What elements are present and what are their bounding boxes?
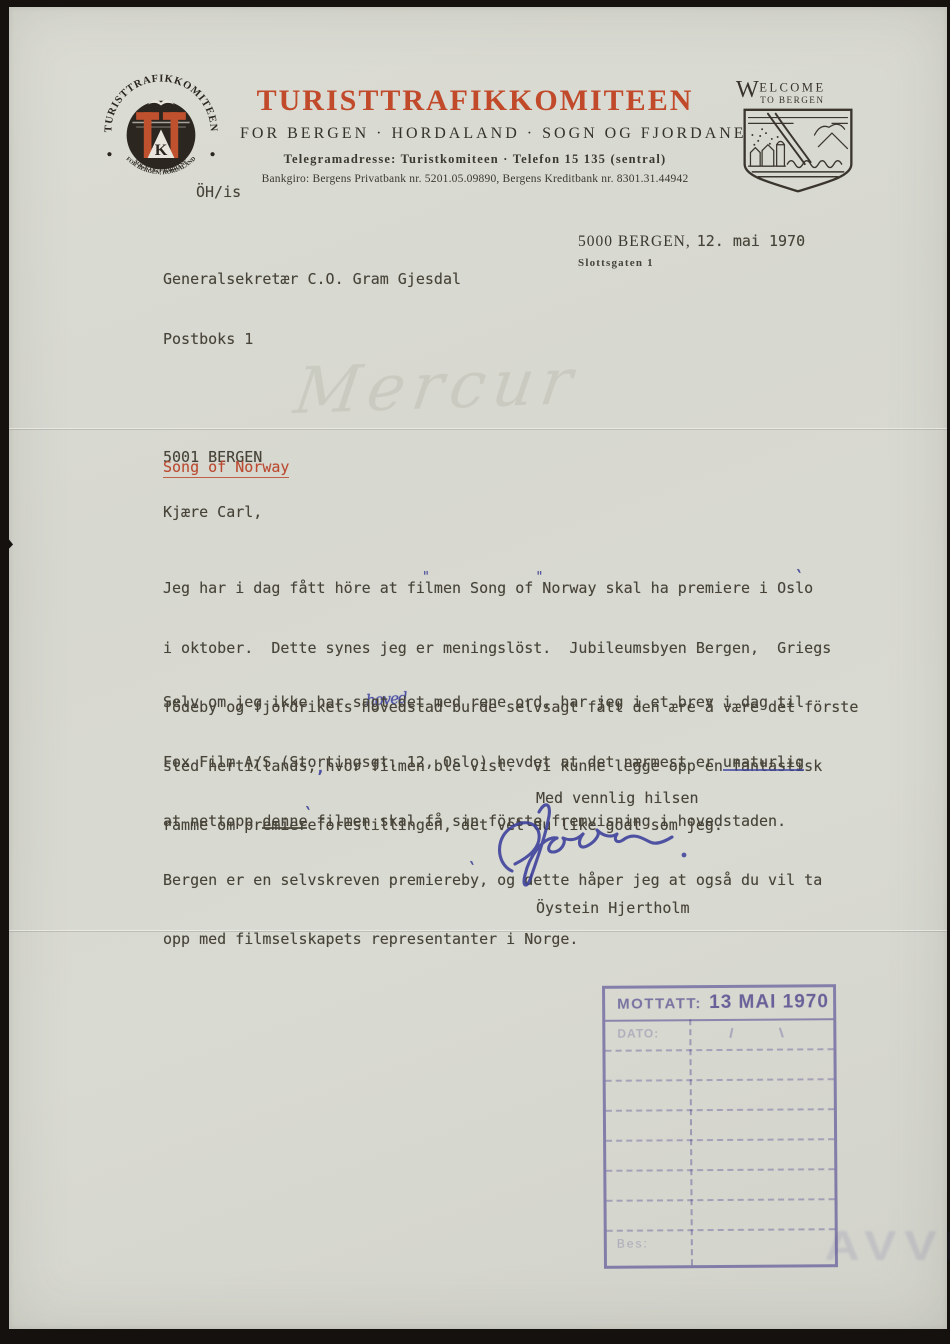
emblem-house [750, 148, 760, 166]
emblem-base-lines [752, 172, 843, 177]
dateline-date: 12. mai 1970 [697, 232, 805, 250]
recipient-name: Generalsekretær C.O. Gram Gjesdal [163, 270, 461, 290]
emblem-w: W [736, 76, 759, 103]
emblem-cloud [814, 124, 844, 135]
body-line: opp med filmselskapets representanter i … [163, 930, 578, 948]
welcome-to-bergen-emblem: W ELCOME TO BERGEN [733, 74, 863, 198]
letterhead-center: TURISTTRAFIKKOMITEEN FOR BERGEN · HORDAL… [240, 84, 710, 185]
emblem-mountain-slope [776, 114, 811, 163]
handwritten-signature [482, 793, 702, 895]
ink-accent-premiereby: ` [465, 864, 477, 876]
scanned-letter-page: { "colors": { "paper": "#d8d9d1", "scan_… [0, 0, 950, 1344]
ink-open-quote: " [422, 573, 430, 583]
body-line: Selv om jeg ikke har sagt det med rene o… [163, 693, 804, 711]
telegram-line: Telegramadresse: Turistkomiteen · Telefo… [240, 152, 710, 167]
bank-line: Bankgiro: Bergens Privatbank nr. 5201.05… [240, 173, 710, 185]
org-name: TURISTTRAFIKKOMITEEN [240, 84, 710, 118]
dateline-place: 5000 BERGEN, [578, 233, 691, 250]
logo-monogram: K [155, 141, 168, 159]
stamp-received-label: MOTTATT: [617, 995, 702, 1013]
typist-initials: ÖH/is [196, 183, 241, 203]
turisttrafikkomiteen-logo: K TURISTTRAFIKKOMITEEN FOR BERGEN, HORDA… [98, 74, 224, 200]
body-line: Fox Film A/S (Stortingsgt. 12, Oslo) hev… [163, 753, 804, 771]
stamp-bleed-through-text: AVVEN [825, 1222, 950, 1270]
org-region-line: FOR BERGEN · HORDALAND · SOGN OG FJORDAN… [240, 125, 710, 143]
emblem-ridge [818, 133, 847, 149]
emblem-waves [787, 161, 841, 168]
recipient-block: Generalsekretær C.O. Gram Gjesdal Postbo… [163, 231, 461, 487]
ink-dot [682, 853, 687, 858]
logo-horizon-line [132, 122, 189, 124]
ink-underline-unaturlig [723, 769, 804, 771]
stamp-bottom-label: Bes: [617, 1236, 649, 1250]
emblem-line2: TO BERGEN [760, 95, 824, 105]
dateline: 5000 BERGEN,12. mai 1970 [578, 231, 805, 251]
salutation: Kjære Carl, [163, 503, 262, 523]
dateline-street: Slottsgaten 1 [578, 257, 654, 269]
body-line: Jeg har i dag fått höre at filmen Song o… [163, 579, 813, 597]
signer-name: Öystein Hjertholm [536, 899, 690, 919]
emblem-tower [777, 141, 785, 166]
ink-close-quote: " [536, 573, 544, 583]
emblem-elcome: ELCOME [759, 80, 825, 94]
stamp-received-date: 13 MAI 1970 [709, 991, 829, 1014]
received-stamp: MOTTATT: 13 MAI 1970 DATO: Bes: [602, 984, 838, 1269]
emblem-shield [745, 110, 852, 191]
typed-underline-denne [262, 827, 307, 829]
emblem-trees-dots [751, 128, 778, 145]
recipient-postbox: Postboks 1 [163, 330, 461, 350]
subject-line: Song of Norway [163, 458, 289, 478]
stamp-dato-label: DATO: [617, 1026, 659, 1040]
